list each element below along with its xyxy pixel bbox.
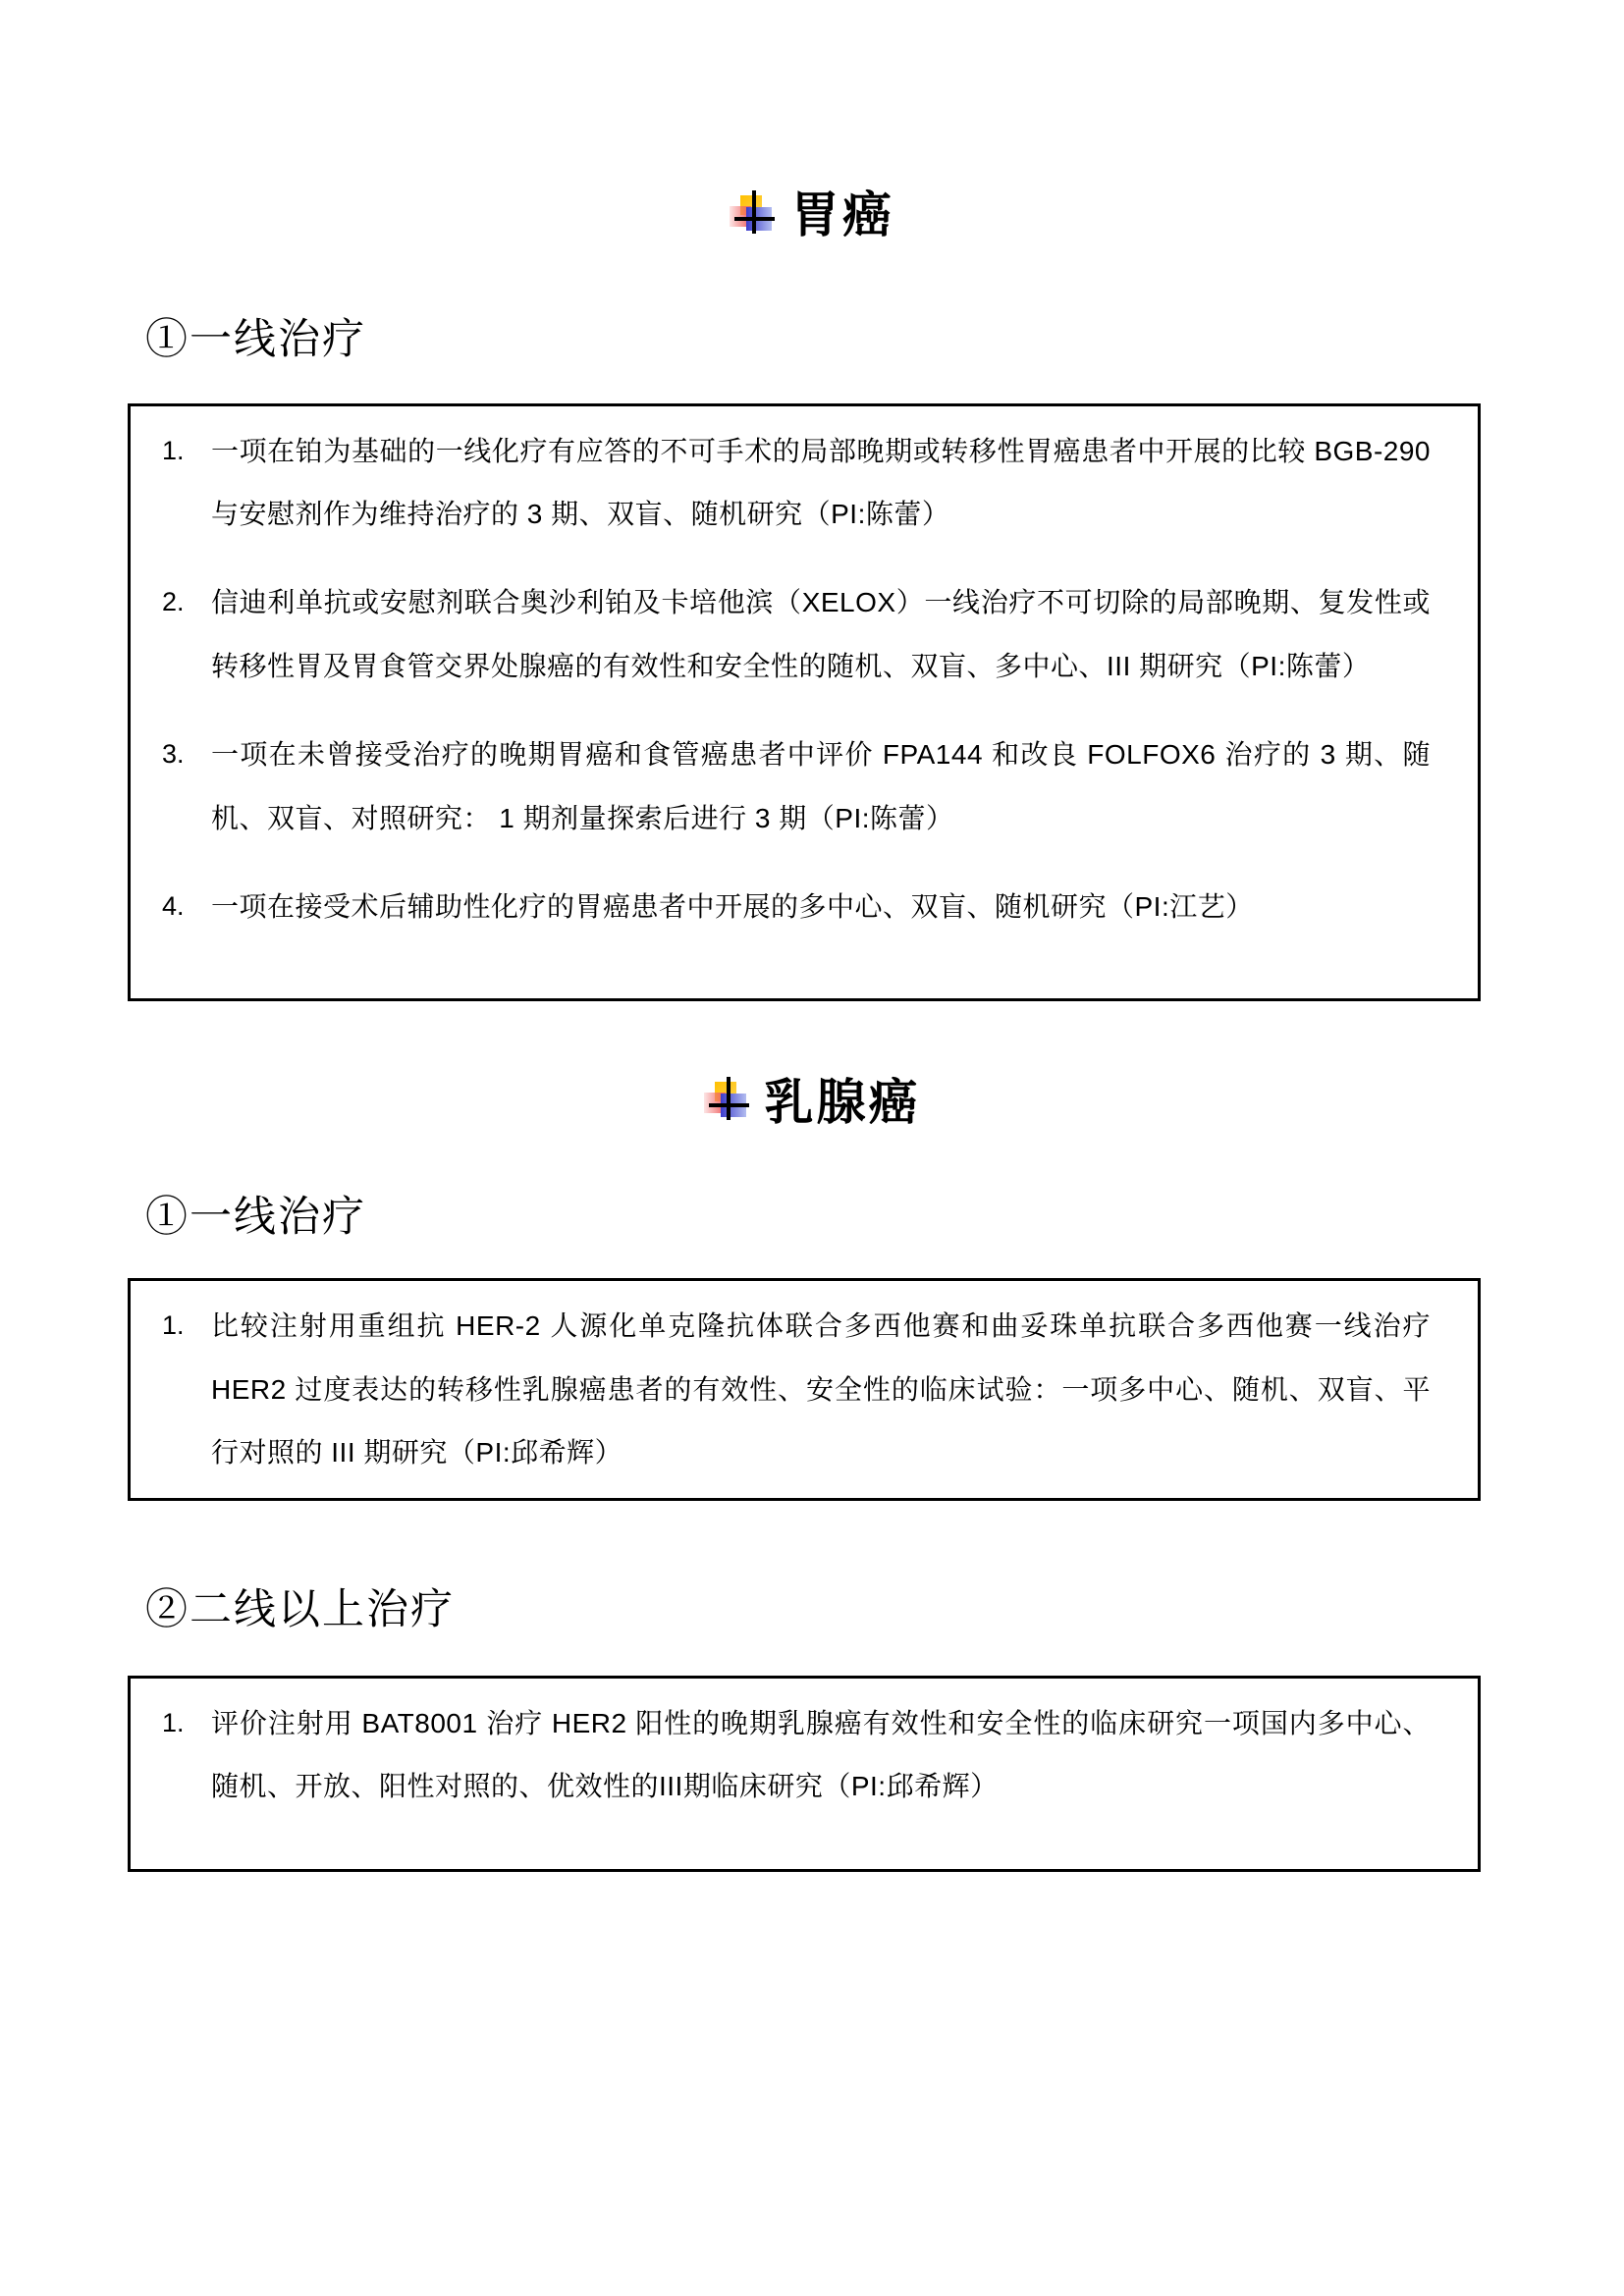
trial-list-item: 4. 一项在接受术后辅助性化疗的胃癌患者中开展的多中心、双盲、随机研究（PI:江… bbox=[131, 876, 1431, 938]
document-page: 胃癌 ①一线治疗 1. 一项在铂为基础的一线化疗有应答的不可手术的局部晚期或转移… bbox=[0, 0, 1624, 2296]
trial-list-item: 1. 评价注射用 BAT8001 治疗 HER2 阳性的晚期乳腺癌有效性和安全性… bbox=[131, 1692, 1431, 1819]
item-number: 1. bbox=[131, 420, 211, 547]
bullet-cross-horizontal bbox=[734, 217, 775, 221]
colored-cross-icon bbox=[704, 1077, 749, 1128]
trial-description: 信迪利单抗或安慰剂联合奥沙利铂及卡培他滨（XELOX）一线治疗不可切除的局部晚期… bbox=[211, 571, 1431, 698]
bullet-cross-vertical bbox=[727, 1077, 731, 1120]
breast-firstline-heading: ①一线治疗 bbox=[145, 1193, 1624, 1244]
trial-list-item: 1. 一项在铂为基础的一线化疗有应答的不可手术的局部晚期或转移性胃癌患者中开展的… bbox=[131, 420, 1431, 547]
section-title-text: 乳腺癌 bbox=[765, 1076, 921, 1130]
trial-list-item: 3. 一项在未曾接受治疗的晚期胃癌和食管癌患者中评价 FPA144 和改良 FO… bbox=[131, 723, 1431, 850]
breast-section-title: 乳腺癌 bbox=[0, 1076, 1624, 1130]
gastric-firstline-heading: ①一线治疗 bbox=[145, 315, 1624, 366]
gastric-section-title: 胃癌 bbox=[0, 0, 1624, 242]
breast-firstline-trials-box: 1. 比较注射用重组抗 HER-2 人源化单克隆抗体联合多西他赛和曲妥珠单抗联合… bbox=[128, 1278, 1481, 1501]
trial-description: 评价注射用 BAT8001 治疗 HER2 阳性的晚期乳腺癌有效性和安全性的临床… bbox=[211, 1692, 1431, 1819]
item-number: 3. bbox=[131, 723, 211, 850]
item-number: 1. bbox=[131, 1295, 211, 1484]
item-number: 1. bbox=[131, 1692, 211, 1819]
gastric-trials-box: 1. 一项在铂为基础的一线化疗有应答的不可手术的局部晚期或转移性胃癌患者中开展的… bbox=[128, 403, 1481, 1001]
item-number: 4. bbox=[131, 876, 211, 938]
trial-description: 一项在接受术后辅助性化疗的胃癌患者中开展的多中心、双盲、随机研究（PI:江艺） bbox=[211, 876, 1431, 938]
bullet-cross-horizontal bbox=[709, 1103, 749, 1107]
section-title-text: 胃癌 bbox=[790, 188, 894, 242]
trial-description: 比较注射用重组抗 HER-2 人源化单克隆抗体联合多西他赛和曲妥珠单抗联合多西他… bbox=[211, 1295, 1431, 1484]
colored-cross-icon bbox=[730, 190, 775, 241]
breast-secondline-heading: ②二线以上治疗 bbox=[145, 1585, 1624, 1636]
trial-description: 一项在铂为基础的一线化疗有应答的不可手术的局部晚期或转移性胃癌患者中开展的比较 … bbox=[211, 420, 1431, 547]
trial-list-item: 1. 比较注射用重组抗 HER-2 人源化单克隆抗体联合多西他赛和曲妥珠单抗联合… bbox=[131, 1295, 1431, 1484]
trial-description: 一项在未曾接受治疗的晚期胃癌和食管癌患者中评价 FPA144 和改良 FOLFO… bbox=[211, 723, 1431, 850]
item-number: 2. bbox=[131, 571, 211, 698]
breast-secondline-trials-box: 1. 评价注射用 BAT8001 治疗 HER2 阳性的晚期乳腺癌有效性和安全性… bbox=[128, 1676, 1481, 1872]
bullet-cross-vertical bbox=[752, 190, 756, 234]
trial-list-item: 2. 信迪利单抗或安慰剂联合奥沙利铂及卡培他滨（XELOX）一线治疗不可切除的局… bbox=[131, 571, 1431, 698]
